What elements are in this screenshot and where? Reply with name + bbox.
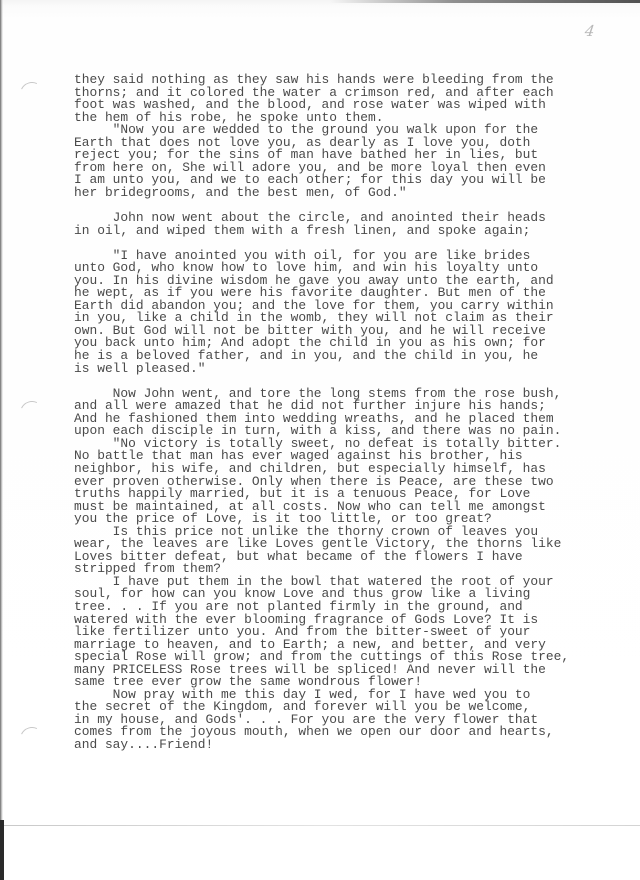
- binder-hole-mark: [17, 724, 48, 755]
- scan-top-shadow: [330, 0, 640, 3]
- text-line: in oil, and wiped them with a fresh line…: [74, 225, 574, 238]
- text-line: her bridegrooms, and the best men, of Go…: [74, 187, 574, 200]
- binder-hole-mark: [17, 398, 48, 429]
- text-line: and say....Friend!: [74, 739, 574, 752]
- text-line: is well pleased.": [74, 363, 574, 376]
- typewritten-text-body: they said nothing as they saw his hands …: [74, 74, 574, 752]
- scan-left-edge: [0, 0, 3, 880]
- handwritten-page-number: 4: [584, 22, 596, 40]
- page-fold-line: [4, 825, 640, 826]
- scan-left-edge-dark: [0, 820, 4, 880]
- scanned-page: 4 they said nothing as they saw his hand…: [0, 0, 640, 880]
- binder-hole-mark: [17, 79, 48, 110]
